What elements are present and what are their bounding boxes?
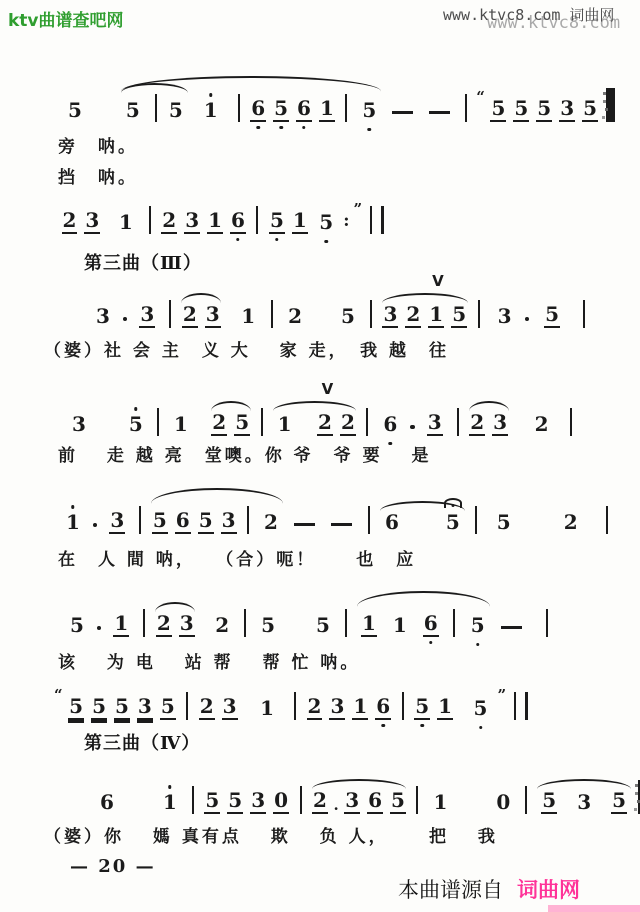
notation-mark: “ (54, 686, 63, 704)
note-5: 5 (414, 696, 430, 720)
note-6: 6 (367, 790, 383, 814)
beam-group: 2316 (158, 210, 250, 234)
beam-group: 51 (411, 696, 457, 720)
barline (300, 786, 302, 814)
barline (139, 506, 141, 534)
barline (149, 206, 151, 234)
note-6: 6 (423, 613, 439, 637)
page-number: — 20 — (70, 856, 156, 877)
note-6: 6 (375, 696, 391, 720)
note-3: 3 (137, 696, 153, 720)
note-6: 6 (382, 414, 398, 436)
note-1: 1 (437, 696, 453, 720)
note-0: 0 (495, 792, 511, 814)
barline (345, 609, 347, 637)
beam-group: 22 (314, 412, 360, 436)
note-2: 2 (156, 613, 172, 637)
augmentation-dot (525, 317, 530, 322)
note-1: 1 (113, 613, 129, 637)
note-1: 1 (277, 414, 293, 436)
note-3: 3 (559, 98, 575, 122)
note-3: 3 (109, 510, 125, 534)
note-3: 3 (329, 696, 345, 720)
breath-mark-v: V (322, 380, 334, 398)
site-watermark-top-left: ktv曲谱查吧网 (8, 6, 124, 31)
note-2: 2 (563, 512, 579, 534)
notation-mark: “ (476, 88, 485, 106)
note-3: 3 (492, 412, 508, 436)
page-edge-thick-barline (606, 88, 615, 122)
barline (465, 94, 467, 122)
note-3: 3 (184, 210, 200, 234)
barline (370, 300, 372, 328)
beam-group: 23 (195, 696, 241, 720)
note-5: 5 (445, 512, 461, 534)
note-2: 2 (211, 412, 227, 436)
note-6: 6 (230, 210, 246, 234)
slur-group: 56532 (148, 506, 286, 534)
augmentation-dot (123, 317, 128, 322)
barline (453, 609, 455, 637)
note-2: 2 (199, 696, 215, 720)
duration-dash (294, 523, 315, 526)
note-5: 5 (536, 98, 552, 122)
note-2: 2 (534, 414, 550, 436)
note-2: 2 (161, 210, 177, 234)
barline (244, 609, 246, 637)
barline (256, 206, 258, 234)
note-1: 1 (65, 512, 81, 534)
note-1: 1 (292, 210, 308, 234)
barline (606, 506, 608, 534)
note-5: 5 (204, 790, 220, 814)
note-1: 1 (392, 615, 408, 637)
barline (247, 506, 249, 534)
lyric-line-6: 该 为 电 站 帮 帮 忙 呐。 (58, 648, 360, 673)
music-line-6: 51232551165 (62, 603, 555, 637)
note-2: 2 (317, 412, 333, 436)
note-3: 3 (221, 510, 237, 534)
note-3: 3 (222, 696, 238, 720)
note-1: 1 (428, 304, 444, 328)
site-watermark-top-right-primary: www.ktvc8.com 词曲网 (443, 4, 614, 25)
barline (416, 786, 418, 814)
music-line-2: 2312316515:” (58, 200, 390, 234)
note-5: 5 (69, 615, 85, 637)
note-5: 5 (544, 304, 560, 328)
note-6: 6 (296, 98, 312, 122)
note-2: 2 (287, 306, 303, 328)
slur-group: 122V (270, 412, 360, 436)
notation-mark: . (333, 796, 338, 814)
note-5: 5 (227, 790, 243, 814)
note-3: 3 (497, 306, 513, 328)
note-6: 6 (384, 512, 400, 534)
note-3: 3 (250, 790, 266, 814)
slur-group: 55165615 (118, 94, 384, 122)
note-1: 1 (352, 696, 368, 720)
lyric-line-3: （婆）社 会 主 义 大 家 走， 我 越 往 (44, 336, 449, 361)
note-5: 5 (541, 790, 557, 814)
note-5: 5 (582, 98, 598, 122)
beam-group: 2316 (303, 696, 395, 720)
section-heading-3: 第三曲（Ⅲ） (84, 249, 202, 275)
slur-group: 23 (152, 613, 198, 637)
note-1: 1 (259, 698, 275, 720)
barline (368, 506, 370, 534)
note-3: 3 (84, 210, 100, 234)
note-5: 5 (361, 100, 377, 122)
augmentation-dot (97, 626, 102, 631)
duration-dash (331, 523, 352, 526)
beam-group: 6561 (247, 98, 339, 122)
note-5: 5 (269, 210, 285, 234)
note-5: 5 (496, 512, 512, 534)
footer-source-text: 本曲谱源自 (398, 878, 503, 902)
note-1: 1 (240, 306, 256, 328)
note-6: 6 (175, 510, 191, 534)
lyric-line-verse2: 挡 呐。 (58, 163, 138, 188)
barline (238, 94, 240, 122)
note-5: 5 (198, 510, 214, 534)
barline (143, 609, 145, 637)
note-1: 1 (361, 613, 377, 637)
note-2: 2 (405, 304, 421, 328)
music-line-5: 13565326552 (58, 500, 615, 534)
note-5: 5 (260, 615, 276, 637)
note-3: 3 (344, 790, 360, 814)
slur-group: 55 (118, 94, 191, 122)
duration-dash (429, 111, 450, 114)
note-2: 2 (469, 412, 485, 436)
note-5: 5 (473, 698, 489, 720)
note-2: 2 (214, 615, 230, 637)
note-5: 5 (152, 510, 168, 534)
note-1: 1 (207, 210, 223, 234)
slur-group: 23 (178, 304, 224, 328)
note-2: 2 (263, 512, 279, 534)
note-3: 3 (382, 304, 398, 328)
barline (192, 786, 194, 814)
note-1: 1 (173, 414, 189, 436)
beam-group: 55535 (65, 696, 180, 720)
beam-group: 5530 (201, 790, 293, 814)
note-3: 3 (71, 414, 87, 436)
music-line-7: “555352312316515” (52, 686, 534, 720)
breath-mark-v: V (432, 272, 444, 290)
note-5: 5 (128, 414, 144, 436)
note-3: 3 (139, 304, 155, 328)
note-5: 5 (318, 212, 334, 234)
note-5: 5 (451, 304, 467, 328)
sheet-music-page: ktv曲谱查吧网 www.ktvc8.com www.ktvc8.com 词曲网… (0, 0, 640, 912)
lyric-line-8: （婆）你 媽 真有点 欺 负 人， 把 我 (44, 822, 498, 847)
barline (366, 408, 368, 436)
note-6: 6 (250, 98, 266, 122)
note-5: 5 (470, 615, 486, 637)
note-5: 5 (611, 790, 627, 814)
duration-dash (392, 111, 413, 114)
barline (478, 300, 480, 328)
lyric-line-4: 前 走 越 亮 堂噢。你 爷 爷 要 是 (58, 441, 432, 466)
barline (157, 408, 159, 436)
note-5: 5 (160, 696, 176, 720)
final-double-barline (370, 206, 384, 234)
slur-group: 3215V (379, 304, 471, 328)
barline (345, 94, 347, 122)
section-heading-4: 第三曲（Ⅳ） (84, 729, 200, 755)
barline (261, 408, 263, 436)
note-5: 5 (114, 696, 130, 720)
notation-mark: : (343, 211, 349, 231)
note-5: 5 (390, 790, 406, 814)
note-3: 3 (576, 792, 592, 814)
barline (546, 609, 548, 637)
barline (294, 692, 296, 720)
note-5: 5 (490, 98, 506, 122)
barline (583, 300, 585, 328)
note-5: 5 (340, 306, 356, 328)
note-1: 1 (319, 98, 335, 122)
note-0: 0 (273, 790, 289, 814)
note-2: 2 (312, 790, 328, 814)
notation-mark: ” (497, 686, 506, 704)
slur-group: 23 (466, 412, 512, 436)
note-3: 3 (205, 304, 221, 328)
music-line-8: 6155302.36510535 (92, 780, 640, 814)
note-5: 5 (513, 98, 529, 122)
slur-group: 2.365 (309, 790, 410, 814)
barline (402, 692, 404, 720)
beam-group: 23 (58, 210, 104, 234)
note-5: 5 (68, 696, 84, 720)
note-5: 5 (125, 100, 141, 122)
lyric-line-verse1: 旁 呐。 (58, 132, 138, 157)
footer-watermark: 本曲谱源自词曲网 (398, 874, 580, 904)
note-3: 3 (179, 613, 195, 637)
note-5: 5 (234, 412, 250, 436)
music-line-4: 35125122V63232 (64, 402, 579, 436)
barline (271, 300, 273, 328)
slur-group: 535 (534, 790, 634, 814)
barline (186, 692, 188, 720)
slur-group: 1165 (354, 609, 493, 637)
note-1: 1 (203, 100, 219, 122)
note-3: 3 (427, 412, 443, 436)
barline (525, 786, 527, 814)
note-3: 3 (95, 306, 111, 328)
note-1: 1 (162, 792, 178, 814)
music-line-3: 33231253215V35 (88, 294, 592, 328)
barline (169, 300, 171, 328)
note-5: 5 (168, 100, 184, 122)
note-6: 6 (99, 792, 115, 814)
duration-dash (501, 626, 522, 629)
note-1: 1 (118, 212, 134, 234)
augmentation-dot (410, 425, 415, 430)
notation-mark: ” (354, 200, 363, 218)
barline (570, 408, 572, 436)
augmentation-dot (93, 523, 98, 528)
note-2: 2 (340, 412, 356, 436)
beam-group: 5653 (148, 510, 240, 534)
beam-group: 51 (265, 210, 311, 234)
barline (457, 408, 459, 436)
lyric-line-5: 在 人 間 呐， （合）呃！ 也 应 (58, 545, 416, 570)
slur-group: 25 (208, 412, 254, 436)
footer-brand-text: 词曲网 (517, 878, 580, 902)
slur-group: 65 (377, 512, 468, 534)
note-1: 1 (432, 792, 448, 814)
barline (155, 94, 157, 122)
music-line-1: 555165615“55535 (60, 88, 619, 122)
note-2: 2 (182, 304, 198, 328)
barline (475, 506, 477, 534)
scan-pink-artifact (548, 905, 640, 912)
final-double-barline (514, 692, 528, 720)
note-5: 5 (315, 615, 331, 637)
beam-group: 55535 (487, 98, 602, 122)
note-2: 2 (307, 696, 323, 720)
note-5: 5 (91, 696, 107, 720)
note-5: 5 (273, 98, 289, 122)
note-5: 5 (67, 100, 83, 122)
note-2: 2 (62, 210, 78, 234)
